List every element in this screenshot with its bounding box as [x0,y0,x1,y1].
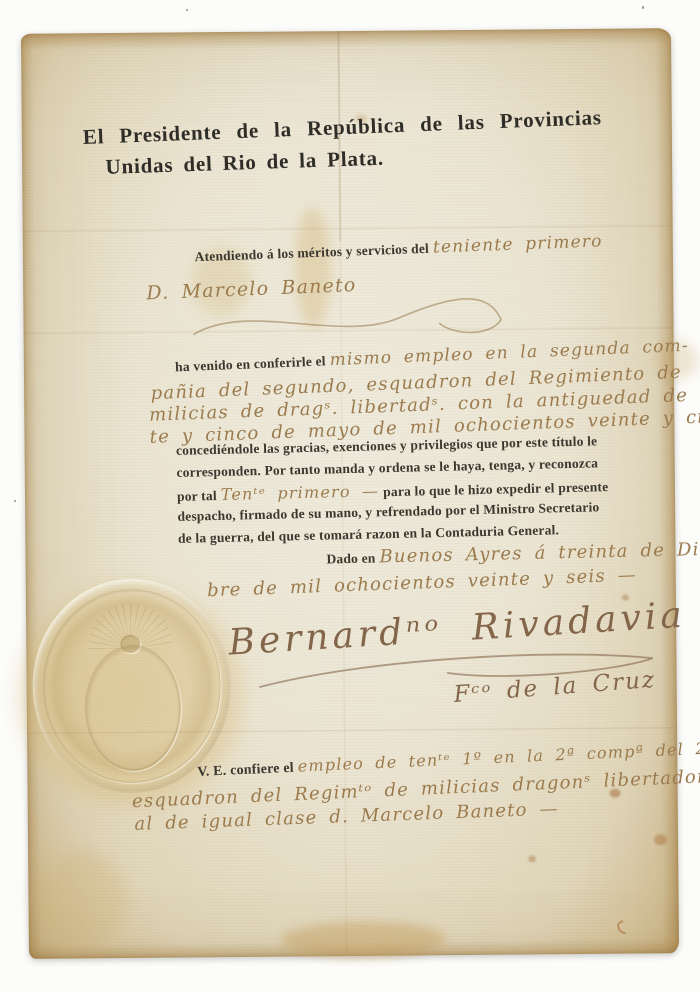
document-sheet: El Presidente de la República de las Pro… [21,28,679,959]
rank-handwritten: Tenᵗᵉ primero — [221,481,380,504]
endorsement-printed-text: V. E. confiere el [197,761,294,780]
dado-line-2: bre de mil ochocientos veinte y seis — [207,566,638,602]
document-text-layer: El Presidente de la República de las Pro… [15,24,686,964]
intro-line: Atendiendo á los méritos y servicios del… [194,232,603,266]
document-title-line-2: Unidas del Rio de la Plata. [105,146,384,179]
intro-handwritten-rank: teniente primero [433,231,603,257]
scan-background: { "colors": { "background": "#fcfcfa", "… [0,0,700,992]
privileges-line-2: corresponden. Por tanto manda y ordena s… [176,455,598,480]
rank-suffix-printed: para lo que le hizo expedir el presente [383,479,608,499]
dust-speck [14,500,16,502]
rank-prefix-printed: por tal [177,488,217,504]
dust-speck [186,9,188,11]
intro-printed-text: Atendiendo á los méritos y servicios del [194,241,429,265]
dado-printed-text: Dado en [326,550,375,566]
grant-printed-text: ha venido en conferirle el [175,353,326,374]
signature-president: Bernardⁿᵒ Rivadavia [227,595,687,664]
dado-line-1: Dado en Buenos Ayres á treinta de Diciem… [326,539,700,569]
dado-handwritten-1: Buenos Ayres á treinta de Diciem- [379,538,700,568]
dust-speck [642,6,644,9]
document-title-line-1: El Presidente de la República de las Pro… [82,105,602,149]
recipient-name: D. Marcelo Baneto [146,275,357,305]
signature-minister: Fᶜᵒ de la Cruz [453,667,657,709]
